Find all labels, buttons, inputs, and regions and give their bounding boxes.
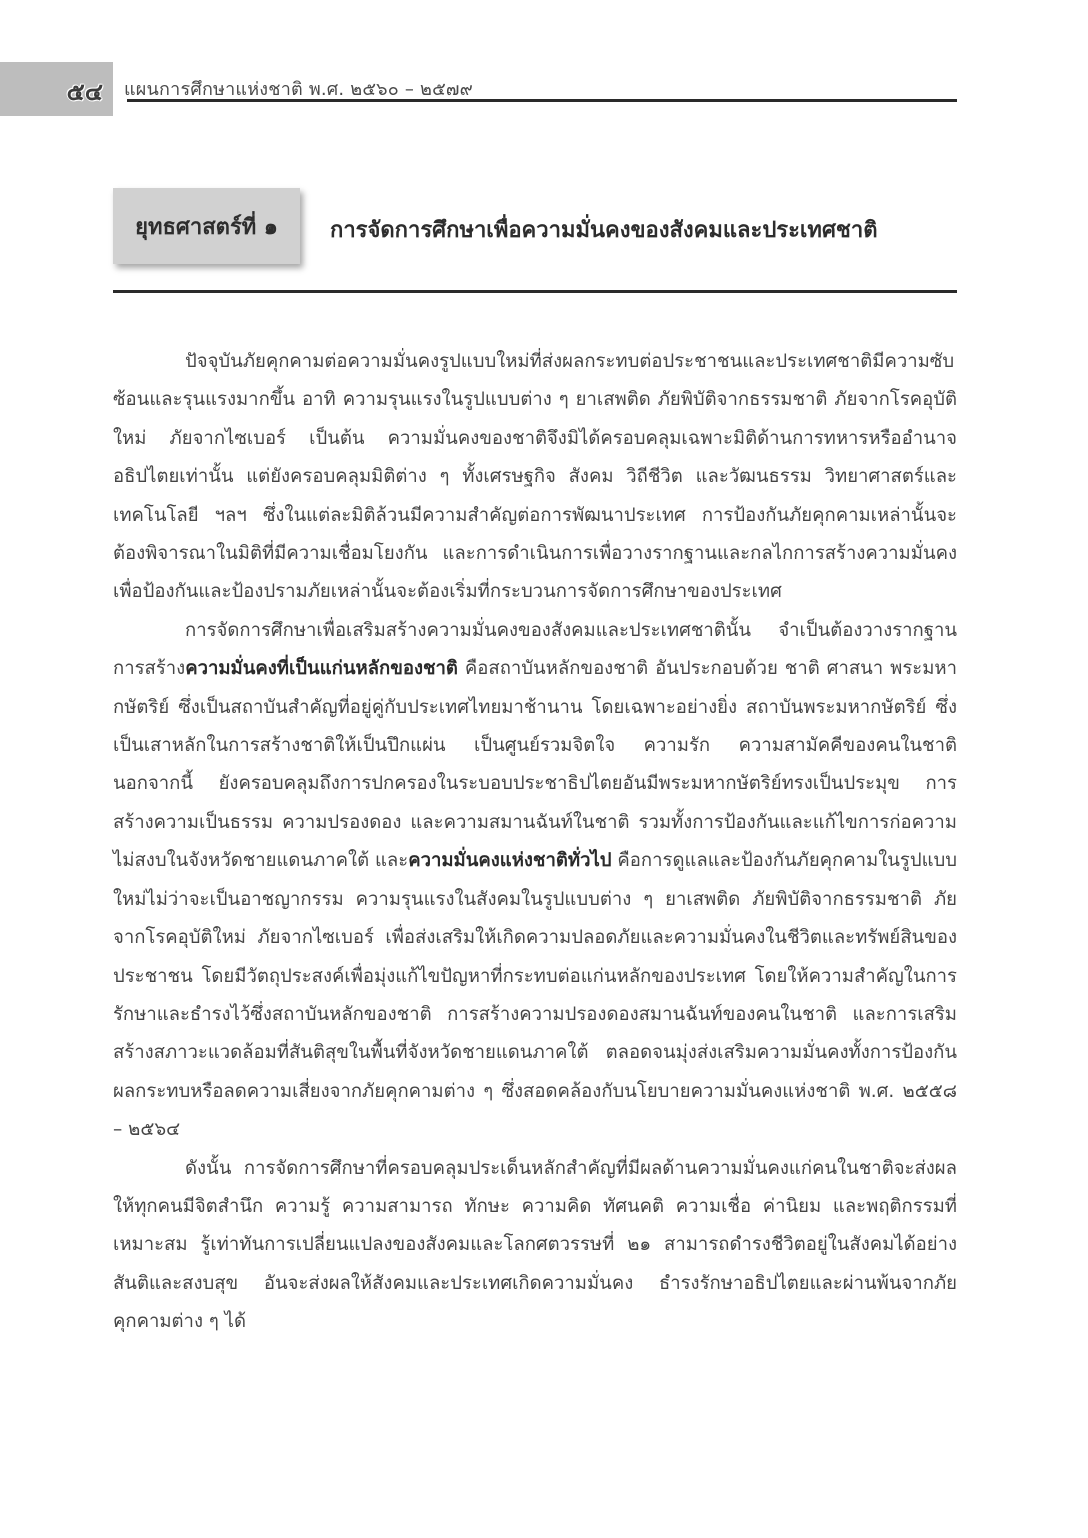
paragraph-1: ปัจจุบันภัยคุกคามต่อความมั่นคงรูปแบบใหม่… — [113, 343, 957, 612]
strategy-label-box: ยุทธศาสตร์ที่ ๑ — [113, 188, 300, 264]
paragraph-3: ดังนั้น การจัดการศึกษาที่ครอบคลุมประเด็น… — [113, 1150, 957, 1342]
page-number-box: ๕๔ — [0, 62, 113, 116]
paragraph-2-text: คือการดูแลและป้องกันภัยคุกคามในรูปแบบใหม… — [113, 850, 957, 1140]
emphasis-core-security: ความมั่นคงที่เป็นแก่นหลักของชาติ — [185, 658, 458, 679]
strategy-label: ยุทธศาสตร์ที่ ๑ — [135, 209, 278, 244]
header-divider — [127, 99, 957, 102]
paragraph-2: การจัดการศึกษาเพื่อเสริมสร้างความมั่นคงข… — [113, 612, 957, 1150]
section-title: การจัดการศึกษาเพื่อความมั่นคงของสังคมและ… — [330, 212, 877, 247]
emphasis-general-security: ความมั่นคงแห่งชาติทั่วไป — [408, 850, 611, 871]
title-divider — [113, 290, 957, 293]
body-text: ปัจจุบันภัยคุกคามต่อความมั่นคงรูปแบบใหม่… — [113, 343, 957, 1342]
page-number: ๕๔ — [67, 72, 103, 111]
paragraph-2-text: คือสถาบันหลักของชาติ อันประกอบด้วย ชาติ … — [113, 658, 957, 871]
